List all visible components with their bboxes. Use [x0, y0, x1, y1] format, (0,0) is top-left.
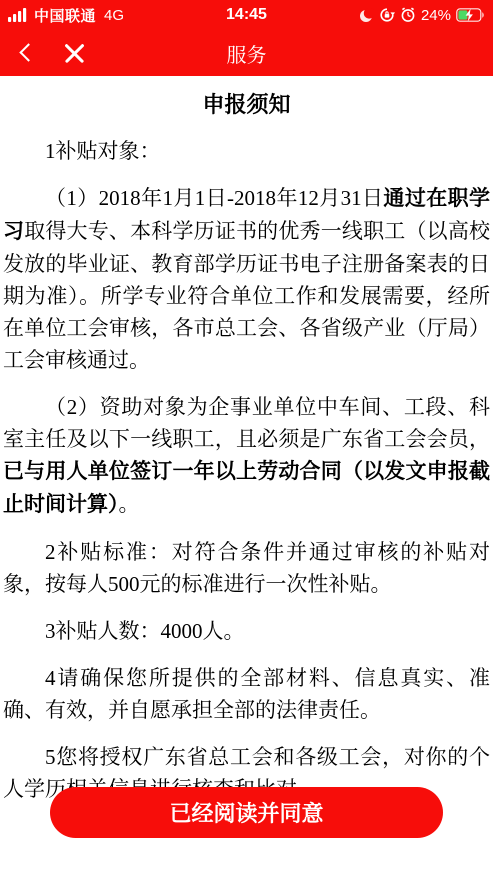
close-button[interactable]: [60, 39, 90, 67]
status-bar: 中国联通 4G 14:45 24%: [0, 0, 493, 30]
notice-paragraph: 1补贴对象：: [3, 135, 490, 167]
app-screen: 中国联通 4G 14:45 24%: [0, 0, 493, 877]
notice-paragraph: （2）资助对象为企事业单位中车间、工段、科室主任及以下一线职工，且必须是广东省工…: [3, 391, 490, 521]
notice-paragraph: 2补贴标准：对符合条件并通过审核的补贴对象，按每人500元的标准进行一次性补贴。: [3, 536, 490, 600]
chevron-left-icon: [19, 43, 37, 61]
notice-heading: 申报须知: [3, 90, 490, 120]
network-type-label: 4G: [104, 7, 124, 24]
battery-charging-icon: [456, 8, 485, 22]
notice-content: 申报须知 1补贴对象：（1）2018年1月1日-2018年12月31日通过在职学…: [0, 76, 493, 805]
battery-percent-label: 24%: [421, 7, 451, 24]
status-bar-left: 中国联通 4G: [8, 5, 124, 26]
notice-paragraph: 3补贴人数：4000人。: [3, 615, 490, 647]
orientation-lock-icon: [379, 7, 395, 23]
moon-icon: [359, 8, 374, 23]
agree-button[interactable]: 已经阅读并同意: [50, 787, 443, 838]
status-bar-right: 24%: [359, 7, 485, 24]
notice-paragraph: 4请确保您所提供的全部材料、信息真实、准确、有效，并自愿承担全部的法律责任。: [3, 662, 490, 726]
notice-body: 1补贴对象：（1）2018年1月1日-2018年12月31日通过在职学习取得大专…: [3, 135, 490, 805]
signal-bars-icon: [8, 8, 28, 22]
carrier-label: 中国联通: [34, 5, 96, 26]
back-button[interactable]: [14, 39, 42, 67]
nav-bar: 服务: [0, 30, 493, 76]
notice-paragraph: （1）2018年1月1日-2018年12月31日通过在职学习取得大专、本科学历证…: [3, 182, 490, 376]
alarm-clock-icon: [400, 7, 416, 23]
